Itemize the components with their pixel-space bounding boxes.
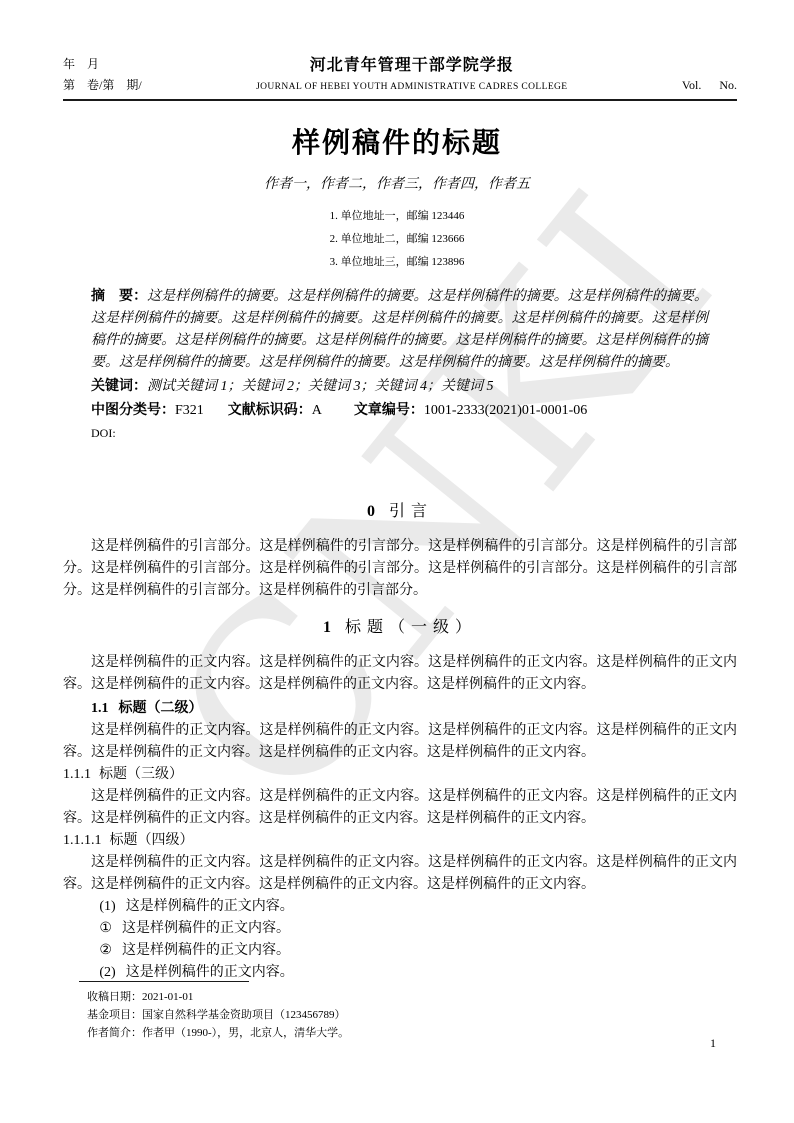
subsection-heading-1-1-1-1: 1.1.1.1标题（四级） (63, 830, 737, 852)
subsection-number: 1.1 (91, 701, 109, 716)
list-text: 这是样例稿件的正文内容。 (126, 899, 294, 914)
list-marker: ① (99, 921, 112, 936)
abstract-label: 摘 要： (91, 287, 147, 303)
keywords-label: 关键词： (91, 377, 147, 393)
list-text: 这是样例稿件的正文内容。 (122, 943, 290, 958)
section-title: 引言 (389, 503, 433, 520)
received-value: 2021-01-01 (142, 991, 193, 1003)
list-text: 这是样例稿件的正文内容。 (126, 965, 294, 980)
clc-value: F321 (175, 403, 204, 418)
bio-value: 作者甲（1990-），男，北京人，清华大学。 (142, 1027, 349, 1039)
header-issue-line: 第 卷/第 期/ (63, 75, 142, 96)
body-paragraph: 这是样例稿件的正文内容。这是样例稿件的正文内容。这是样例稿件的正文内容。这是样例… (63, 652, 737, 696)
journal-name-en: JOURNAL OF HEBEI YOUTH ADMINISTRATIVE CA… (142, 78, 682, 96)
clc-label: 中图分类号： (91, 401, 175, 417)
page-content: 年 月 第 卷/第 期/ 河北青年管理干部学院学报 JOURNAL OF HEB… (0, 54, 794, 984)
bio-label: 作者简介： (87, 1027, 142, 1039)
footnote-fund: 基金项目：国家自然科学基金资助项目（123456789） (87, 1006, 737, 1024)
list-text: 这是样例稿件的正文内容。 (122, 921, 290, 936)
received-label: 收稿日期： (87, 991, 142, 1003)
header-vol-no: Vol.No. (682, 75, 737, 96)
intro-paragraph: 这是样例稿件的引言部分。这是样例稿件的引言部分。这是样例稿件的引言部分。这是样例… (63, 536, 737, 602)
footnote-block: 收稿日期：2021-01-01 基金项目：国家自然科学基金资助项目（123456… (63, 981, 737, 1042)
journal-page: CNKI 年 月 第 卷/第 期/ 河北青年管理干部学院学报 JOURNAL O… (0, 0, 794, 1123)
subsection-title: 标题（二级） (119, 699, 203, 715)
doc-code-label: 文献标识码： (228, 401, 312, 417)
list-item: (1)这是样例稿件的正文内容。 (63, 896, 737, 918)
section-heading-0: 0引言 (63, 500, 737, 524)
article-no-value: 1001-2333(2021)01-0001-06 (424, 403, 587, 418)
keywords-line: 关键词：测试关键词 1；关键词 2；关键词 3；关键词 4；关键词 5 (91, 374, 708, 398)
affiliation-line: 2. 单位地址二，邮编 123666 (0, 228, 794, 251)
header-rule (63, 99, 737, 101)
keywords-text: 测试关键词 1；关键词 2；关键词 3；关键词 4；关键词 5 (147, 379, 494, 394)
body-paragraph: 这是样例稿件的正文内容。这是样例稿件的正文内容。这是样例稿件的正文内容。这是样例… (63, 786, 737, 830)
abstract-block: 摘 要：这是样例稿件的摘要。这是样例稿件的摘要。这是样例稿件的摘要。这是样例稿件… (91, 284, 708, 444)
subsection-number: 1.1.1 (63, 767, 91, 782)
header-issue-info: 年 月 第 卷/第 期/ (63, 54, 142, 96)
section-heading-1: 1标题（一级） (63, 616, 737, 640)
affiliation-line: 3. 单位地址三，邮编 123896 (0, 251, 794, 274)
subsection-title: 标题（四级） (110, 833, 194, 848)
affiliations: 1. 单位地址一，邮编 123446 2. 单位地址二，邮编 123666 3.… (0, 205, 794, 274)
list-marker: (1) (99, 899, 115, 914)
list-marker: ② (99, 943, 112, 958)
footnote-rule (79, 981, 249, 982)
list-item: ②这是样例稿件的正文内容。 (63, 940, 737, 962)
doc-code-value: A (312, 403, 322, 418)
classification-line: 中图分类号：F321文献标识码：A文章编号：1001-2333(2021)01-… (91, 398, 708, 422)
vol-label: Vol. (682, 78, 701, 92)
abstract-text: 这是样例稿件的摘要。这是样例稿件的摘要。这是样例稿件的摘要。这是样例稿件的摘要。… (91, 289, 708, 370)
journal-name-block: 河北青年管理干部学院学报 JOURNAL OF HEBEI YOUTH ADMI… (142, 54, 682, 96)
body-paragraph: 这是样例稿件的正文内容。这是样例稿件的正文内容。这是样例稿件的正文内容。这是样例… (63, 720, 737, 764)
abstract-paragraph: 摘 要：这是样例稿件的摘要。这是样例稿件的摘要。这是样例稿件的摘要。这是样例稿件… (91, 284, 708, 374)
subsection-heading-1-1: 1.1标题（二级） (63, 696, 737, 720)
fund-label: 基金项目： (87, 1009, 142, 1021)
fund-value: 国家自然科学基金资助项目（123456789） (142, 1009, 346, 1021)
subsection-title: 标题（三级） (99, 767, 183, 782)
list-marker: (2) (99, 965, 115, 980)
doi-line: DOI: (91, 422, 708, 444)
body-paragraph: 这是样例稿件的正文内容。这是样例稿件的正文内容。这是样例稿件的正文内容。这是样例… (63, 852, 737, 896)
list-item: ①这是样例稿件的正文内容。 (63, 918, 737, 940)
article-authors: 作者一，作者二，作者三，作者四，作者五 (0, 175, 794, 195)
article-body: 0引言 这是样例稿件的引言部分。这是样例稿件的引言部分。这是样例稿件的引言部分。… (63, 500, 737, 984)
section-number: 0 (367, 503, 375, 520)
article-no-label: 文章编号： (354, 401, 424, 417)
footnote-bio: 作者简介：作者甲（1990-），男，北京人，清华大学。 (87, 1024, 737, 1042)
subsection-heading-1-1-1: 1.1.1标题（三级） (63, 764, 737, 786)
subsection-number: 1.1.1.1 (63, 833, 102, 848)
no-label: No. (719, 78, 737, 92)
footnote-received: 收稿日期：2021-01-01 (87, 988, 737, 1006)
running-head: 年 月 第 卷/第 期/ 河北青年管理干部学院学报 JOURNAL OF HEB… (63, 54, 737, 101)
page-number: 1 (710, 1036, 716, 1051)
journal-name-cn: 河北青年管理干部学院学报 (142, 54, 682, 78)
affiliation-line: 1. 单位地址一，邮编 123446 (0, 205, 794, 228)
header-date-line: 年 月 (63, 54, 142, 75)
section-title: 标题（一级） (345, 619, 477, 636)
section-number: 1 (323, 619, 331, 636)
article-title: 样例稿件的标题 (0, 127, 794, 161)
